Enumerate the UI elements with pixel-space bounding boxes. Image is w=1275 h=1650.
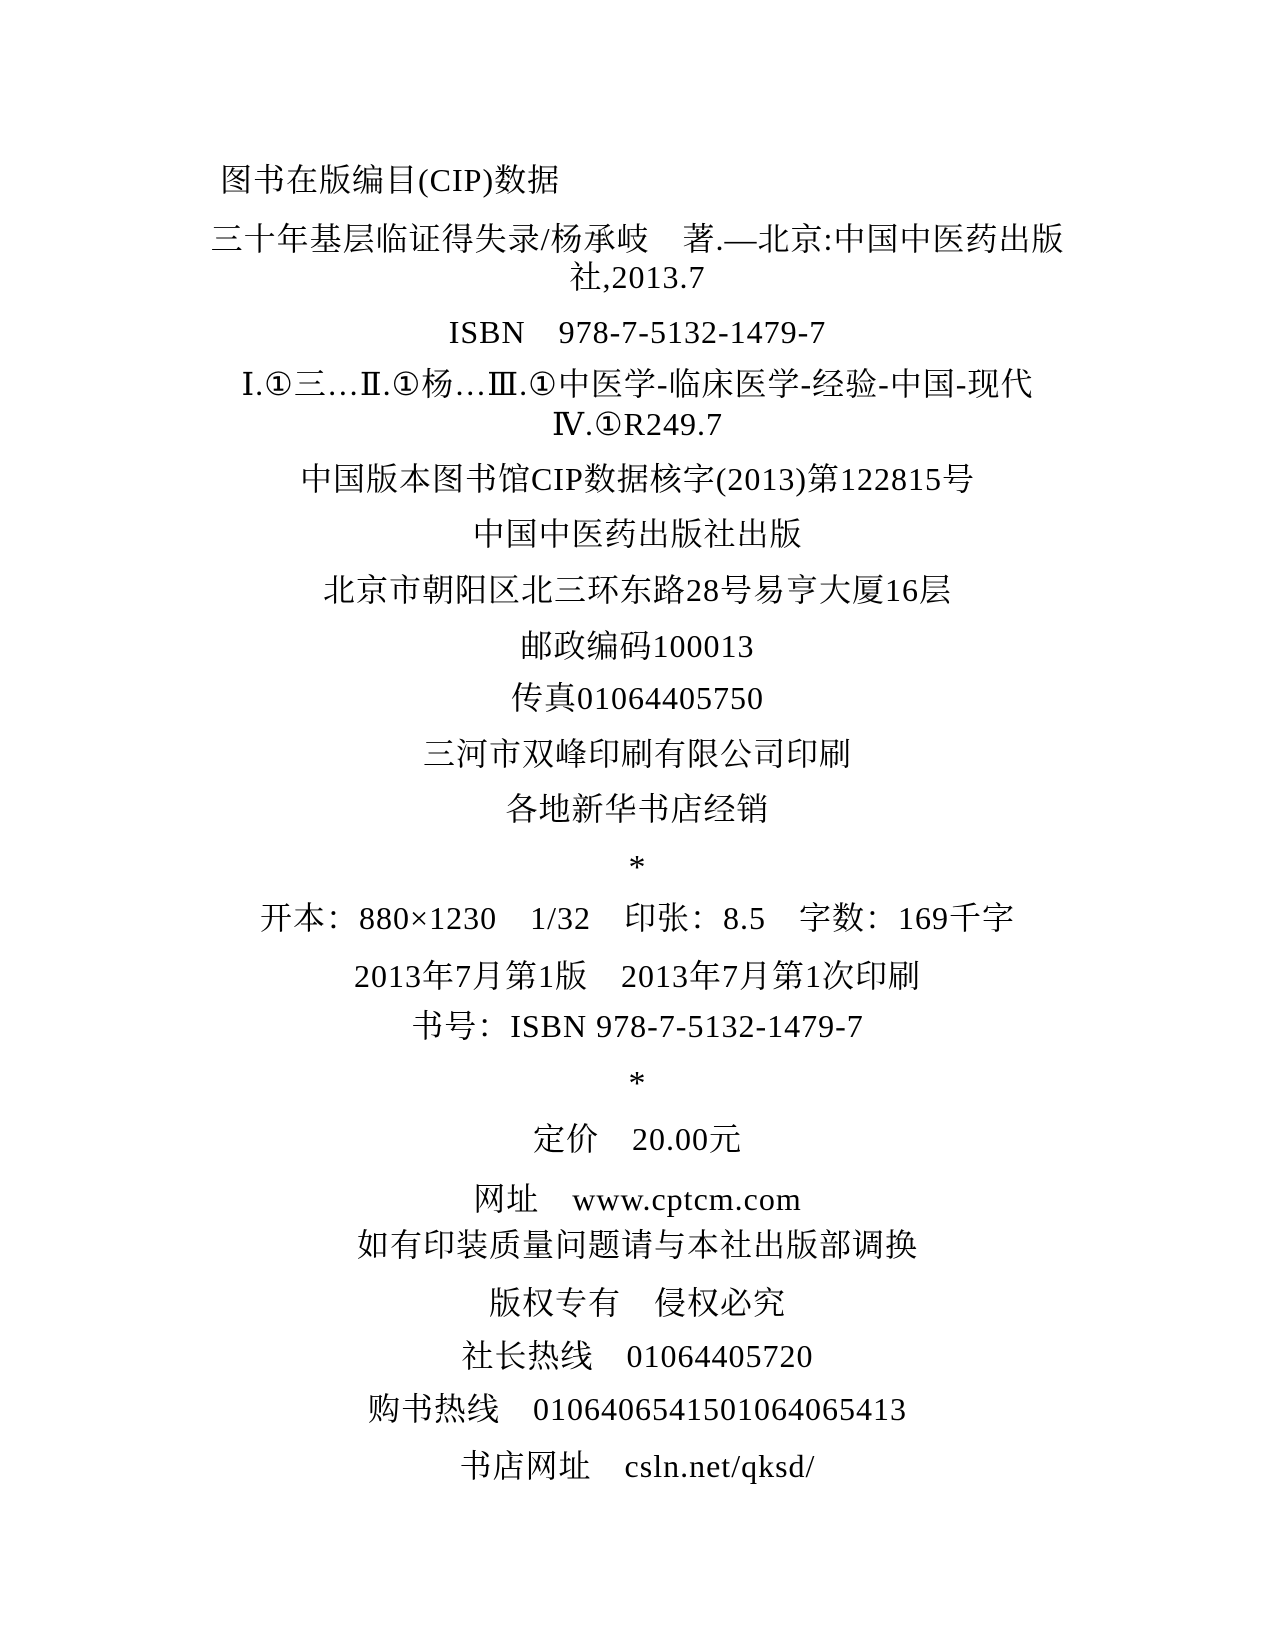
president-hotline: 社长热线 01064405720 [0, 1336, 1275, 1376]
separator-star-1: * [0, 848, 1275, 888]
classification-line2: Ⅳ.①R249.7 [0, 404, 1275, 444]
title-statement-line2: 社,2013.7 [0, 257, 1275, 297]
separator-star-2: * [0, 1064, 1275, 1104]
printer-line: 三河市双峰印刷有限公司印刷 [0, 734, 1275, 774]
quality-notice: 如有印装质量问题请与本社出版部调换 [0, 1225, 1275, 1265]
cip-record-number: 中国版本图书馆CIP数据核字(2013)第122815号 [0, 459, 1275, 499]
cip-header: 图书在版编目(CIP)数据 [220, 160, 560, 200]
publisher-website: 网址 www.cptcm.com [0, 1179, 1275, 1219]
copyright-notice: 版权专有 侵权必究 [0, 1283, 1275, 1323]
copyright-page: 图书在版编目(CIP)数据 三十年基层临证得失录/杨承岐 著.—北京:中国中医药… [0, 0, 1275, 1650]
bookstore-website: 书店网址 csln.net/qksd/ [0, 1446, 1275, 1486]
fax-number: 传真01064405750 [0, 678, 1275, 718]
isbn-line: ISBN 978-7-5132-1479-7 [0, 312, 1275, 352]
publisher-line: 中国中医药出版社出版 [0, 514, 1275, 554]
postal-code: 邮政编码100013 [0, 626, 1275, 666]
format-info: 开本：880×1230 1/32 印张：8.5 字数：169千字 [0, 898, 1275, 938]
distributor-line: 各地新华书店经销 [0, 789, 1275, 829]
edition-info: 2013年7月第1版 2013年7月第1次印刷 [0, 956, 1275, 996]
title-statement-line1: 三十年基层临证得失录/杨承岐 著.—北京:中国中医药出版 [0, 219, 1275, 259]
purchase-hotline: 购书热线 0106406541501064065413 [0, 1389, 1275, 1429]
book-number-line: 书号：ISBN 978-7-5132-1479-7 [0, 1006, 1275, 1046]
classification-line1: Ⅰ.①三…Ⅱ.①杨…Ⅲ.①中医学-临床医学-经验-中国-现代 [0, 364, 1275, 404]
price-line: 定价 20.00元 [0, 1119, 1275, 1159]
publisher-address: 北京市朝阳区北三环东路28号易亨大厦16层 [0, 570, 1275, 610]
